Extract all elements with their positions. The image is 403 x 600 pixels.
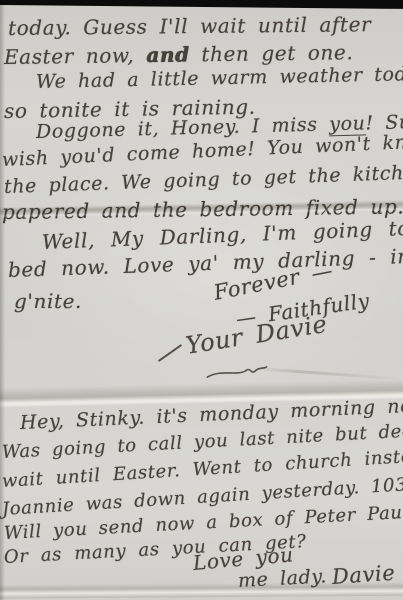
signature-dash — [158, 344, 182, 362]
letter-line-text: Easter now, — [4, 43, 146, 69]
letter-line-text: then get one. — [189, 40, 353, 66]
scan-edge-top — [0, 0, 403, 9]
letter-page: today. Guess I'll wait until after Easte… — [0, 0, 403, 600]
letter-line: g'nite. — [14, 289, 82, 313]
scan-edge-left — [0, 0, 5, 600]
letter-line: today. Guess I'll wait until after — [8, 12, 371, 40]
signature-flourish — [204, 359, 270, 386]
closing-signature: Davie — [331, 561, 396, 589]
paper-wrinkle — [250, 367, 400, 380]
closing-me-lady: me lady. — [237, 565, 327, 592]
overwritten-word: and — [146, 42, 190, 67]
